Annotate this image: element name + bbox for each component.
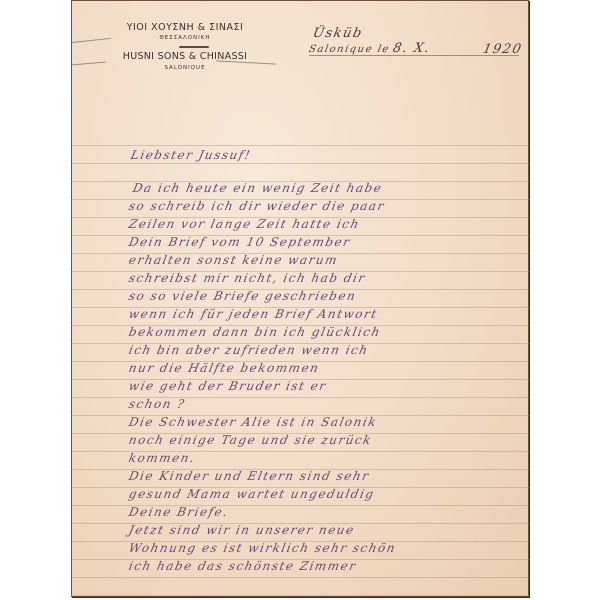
letterhead-latin-name: HUSNI SONS & CHINASSI — [89, 51, 281, 62]
letter-line: ich habe das schönste Zimmer — [128, 559, 359, 573]
letter-line: Jetzt sind wir in unserer neue — [128, 523, 357, 537]
letter-line: bekommen dann bin ich glücklich — [128, 325, 383, 339]
letter-line: nur die Hälfte bekommen — [128, 361, 321, 375]
dateline-day-month: 8. X. — [391, 41, 432, 56]
letter-page: ΥΙΟΙ ΧΟΥΣΝΗ & ΣΙΝΑΣΙ ΘΕΣΣΑΛΟΝΙΚΗ HUSNI S… — [71, 0, 529, 597]
salutation: Liebster Jussuf! — [130, 148, 253, 162]
letter-line: schreibst mir nicht, ich hab dir — [128, 271, 368, 285]
letter-line: schon ? — [128, 397, 187, 411]
letter-line: kommen. — [128, 451, 197, 465]
letter-line: wie geht der Bruder ist er — [128, 379, 329, 393]
letter-line: Zeilen vor lange Zeit hatte ich — [128, 217, 362, 231]
letter-line: Deine Briefe. — [128, 505, 231, 519]
letterhead-latin-city: SALONIQUE — [89, 65, 281, 71]
letter-line: Die Kinder und Eltern sind sehr — [128, 469, 371, 483]
letter-line: ich bin aber zufrieden wenn ich — [128, 343, 371, 357]
dateline-rule — [309, 55, 519, 56]
letter-line: gesund Mama wartet ungeduldig — [128, 487, 377, 501]
letter-line: Wohnung es ist wirklich sehr schön — [128, 541, 398, 555]
letterhead: ΥΙΟΙ ΧΟΥΣΝΗ & ΣΙΝΑΣΙ ΘΕΣΣΑΛΟΝΙΚΗ HUSNI S… — [71, 22, 281, 71]
letter-line: erhalten sonst keine warum — [128, 253, 340, 267]
letterhead-ornament — [179, 46, 209, 48]
dateline-place: Salonique le — [308, 44, 391, 55]
letterhead-greek-name: ΥΙΟΙ ΧΟΥΣΝΗ & ΣΙΝΑΣΙ — [89, 22, 281, 33]
letter-line: so so viele Briefe geschrieben — [128, 289, 358, 303]
letter-line: Da ich heute ein wenig Zeit habe — [132, 181, 384, 195]
dateline-annotation: Üsküb — [311, 26, 364, 41]
letter-line: so schreib ich dir wieder die paar — [128, 199, 387, 213]
letter-line: wenn ich für jeden Brief Antwort — [128, 307, 380, 321]
letter-line: Die Schwester Alie ist in Salonik — [128, 415, 379, 429]
letter-line: noch einige Tage und sie zurück — [128, 433, 374, 447]
letterhead-greek-city: ΘΕΣΣΑΛΟΝΙΚΗ — [89, 35, 281, 41]
letter-line: Dein Brief vom 10 September — [128, 235, 352, 249]
